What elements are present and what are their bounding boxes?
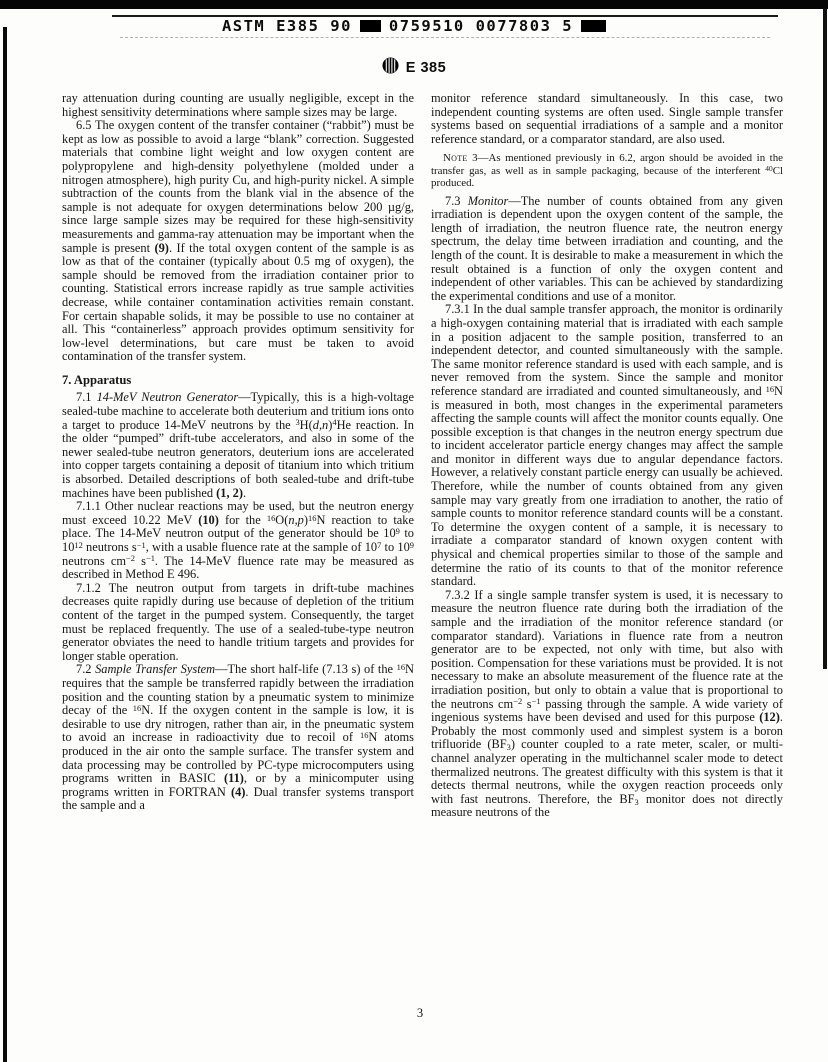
document-title-line: E 385 — [0, 57, 828, 79]
filled-bar-icon — [360, 20, 381, 32]
filled-bar-icon — [581, 20, 606, 32]
paragraph: ray attenuation during counting are usua… — [62, 92, 414, 119]
note-paragraph: Note 3—As mentioned previously in 6.2, a… — [431, 152, 783, 189]
right-column: monitor reference standard simultaneousl… — [431, 92, 783, 820]
section-heading: 7. Apparatus — [62, 374, 414, 388]
paragraph: 7.3.1 In the dual sample transfer approa… — [431, 303, 783, 588]
paragraph: monitor reference standard simultaneousl… — [431, 92, 783, 146]
page-body: ray attenuation during counting are usua… — [62, 92, 783, 820]
paragraph: 7.3.2 If a single sample transfer system… — [431, 589, 783, 820]
header-code-left: ASTM E385 90 — [222, 17, 352, 35]
paragraph: 7.1 14-MeV Neutron Generator—Typically, … — [62, 391, 414, 500]
paragraph: 7.2 Sample Transfer System—The short hal… — [62, 663, 414, 813]
astm-logo-icon — [382, 57, 399, 79]
header-code-right: 0759510 0077803 5 — [389, 17, 573, 35]
left-column: ray attenuation during counting are usua… — [62, 92, 414, 820]
scan-left-border — [3, 27, 7, 1062]
paragraph: 7.1.1 Other nuclear reactions may be use… — [62, 500, 414, 582]
paragraph: 7.1.2 The neutron output from targets in… — [62, 582, 414, 664]
paragraph: 7.3 Monitor—The number of counts obtaine… — [431, 195, 783, 304]
header-code-line: ASTM E385 900759510 0077803 5 — [0, 17, 828, 35]
scan-right-border — [823, 9, 827, 669]
paragraph: 6.5 The oxygen content of the transfer c… — [62, 119, 414, 364]
doc-code: E 385 — [406, 60, 446, 76]
scan-top-border — [0, 0, 828, 9]
page-number: 3 — [0, 1006, 828, 1021]
document-page: ASTM E385 900759510 0077803 5 E 385 ray … — [0, 0, 828, 1062]
header-rule-dashed — [120, 37, 770, 38]
